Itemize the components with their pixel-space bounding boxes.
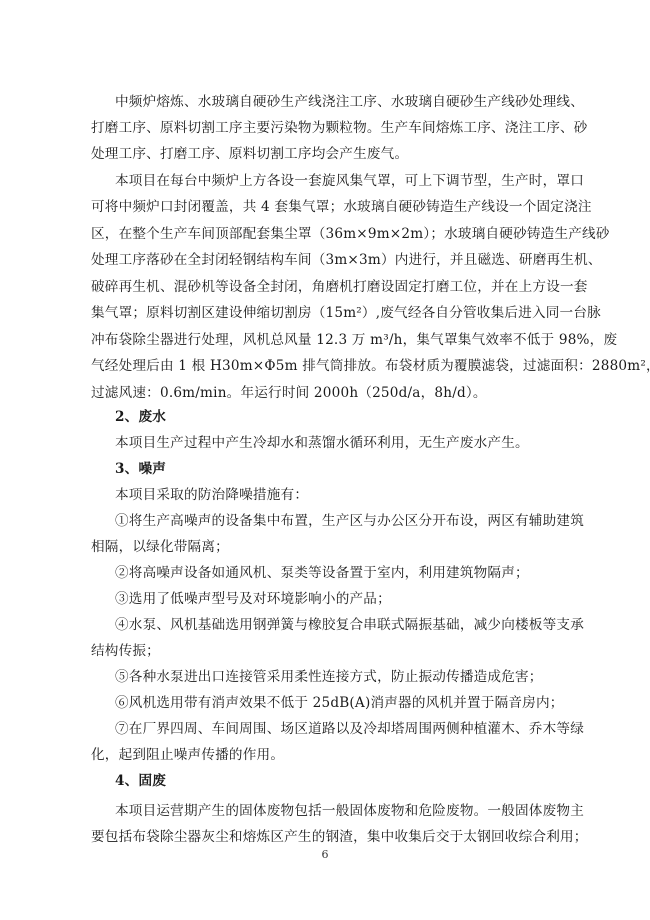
page-number: 6 bbox=[0, 848, 650, 861]
text-line: ②将高噪声设备如通风机、泵类等设备置于室内，利用建筑物隔声； bbox=[115, 564, 563, 582]
text-line: ④水泵、风机基础选用钢弹簧与橡胶复合串联式隔振基础，减少向楼板等支承 bbox=[115, 616, 563, 634]
text-line: ①将生产高噪声的设备集中布置，生产区与办公区分开布设，两区有辅助建筑 bbox=[115, 512, 563, 530]
text-line: ⑥风机选用带有消声效果不低于 25dB(A)消声器的风机并置于隔音房内； bbox=[115, 694, 563, 712]
text-line: 本项目生产过程中产生冷却水和蒸馏水循环利用，无生产废水产生。 bbox=[115, 434, 563, 452]
text-line: 可将中频炉口封闭覆盖，共 4 套集气罩；水玻璃自硬砂铸造生产线设一个固定浇注 bbox=[91, 198, 563, 216]
text-line: 破碎再生机、混砂机等设备全封闭，角磨机打磨设固定打磨工位，并在上方设一套 bbox=[91, 278, 563, 296]
text-line: 结构传振； bbox=[91, 642, 563, 660]
text-line: 中频炉熔炼、水玻璃自硬砂生产线浇注工序、水玻璃自硬砂生产线砂处理线、 bbox=[115, 93, 563, 111]
text-line: 本项目采取的防治降噪措施有： bbox=[115, 486, 563, 504]
text-line: 气经处理后由 1 根 H30m×Φ5m 排气筒排放。布袋材质为覆膜滤袋，过滤面积… bbox=[91, 357, 563, 375]
document-page: 中频炉熔炼、水玻璃自硬砂生产线浇注工序、水玻璃自硬砂生产线砂处理线、打磨工序、原… bbox=[0, 0, 650, 920]
text-line: 化，起到阻止噪声传播的作用。 bbox=[91, 746, 563, 764]
section-heading: 3、噪声 bbox=[115, 460, 563, 478]
section-heading: 2、废水 bbox=[115, 408, 563, 426]
text-line: 过滤风速：0.6m/min。年运行时间 2000h（250d/a，8h/d）。 bbox=[91, 384, 563, 402]
text-line: 相隔，以绿化带隔离； bbox=[91, 538, 563, 556]
section-heading: 4、固废 bbox=[115, 772, 563, 790]
text-line: 冲布袋除尘器进行处理，风机总风量 12.3 万 m³/h，集气罩集气效率不低于 … bbox=[91, 331, 563, 349]
text-line: ⑤各种水泵进出口连接管采用柔性连接方式，防止振动传播造成危害； bbox=[115, 668, 563, 686]
text-line: 本项目在每台中频炉上方各设一套旋风集气罩，可上下调节型，生产时，罩口 bbox=[115, 172, 563, 190]
text-line: ③选用了低噪声型号及对环境影响小的产品； bbox=[115, 590, 563, 608]
text-line: 要包括布袋除尘器灰尘和熔炼区产生的钢渣，集中收集后交于太钢回收综合利用； bbox=[91, 828, 563, 846]
text-line: 区，在整个生产车间顶部配套集尘罩（36m×9m×2m）；水玻璃自硬砂铸造生产线砂 bbox=[91, 225, 563, 243]
text-line: 处理工序落砂在全封闭轻钢结构车间（3m×3m）内进行，并且磁选、研磨再生机、 bbox=[91, 251, 563, 269]
text-line: 处理工序、打磨工序、原料切割工序均会产生废气。 bbox=[91, 145, 563, 163]
text-line: 本项目运营期产生的固体废物包括一般固体废物和危险废物。一般固体废物主 bbox=[115, 802, 563, 820]
text-line: ⑦在厂界四周、车间周围、场区道路以及冷却塔周围两侧种植灌木、乔木等绿 bbox=[115, 720, 563, 738]
text-line: 集气罩；原料切割区建设伸缩切割房（15m²）,废气经各自分管收集后进入同一台脉 bbox=[91, 304, 563, 322]
text-line: 打磨工序、原料切割工序主要污染物为颗粒物。生产车间熔炼工序、浇注工序、砂 bbox=[91, 119, 563, 137]
